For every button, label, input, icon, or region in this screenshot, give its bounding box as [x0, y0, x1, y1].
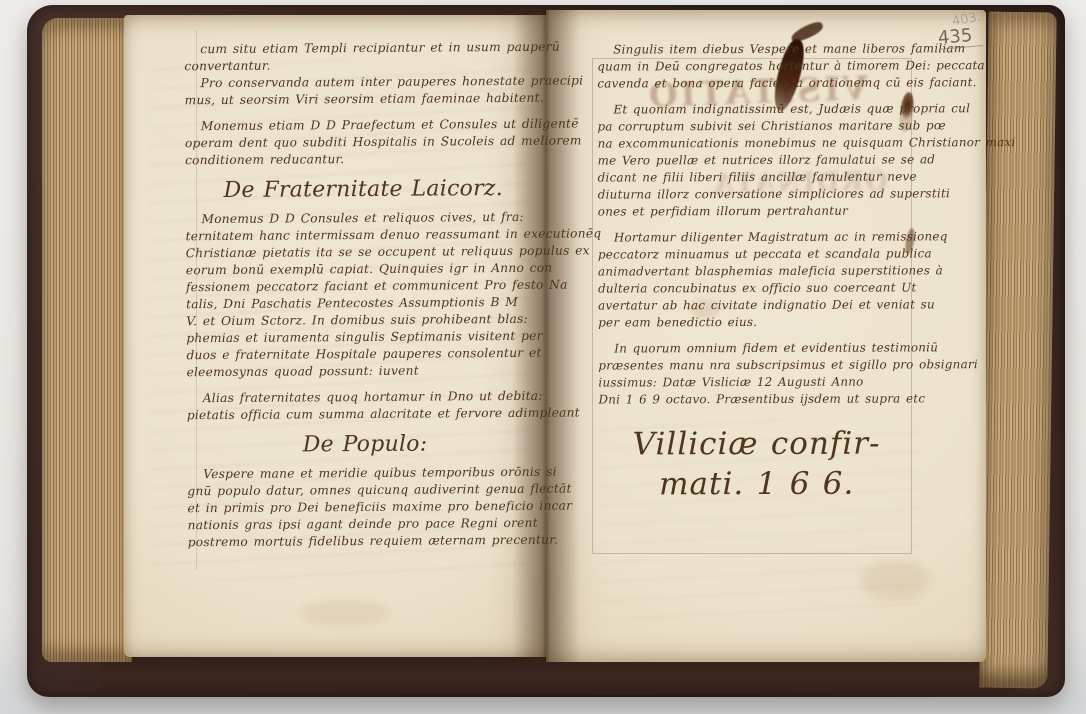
manuscript-line: Hortamur diligenter Magistratum ac in re…	[598, 228, 914, 246]
manuscript-line: mati. 1 6 6.	[599, 463, 915, 504]
manuscript-paragraph: Et quoniam indignatissimū est, Judæis qu…	[597, 100, 913, 220]
manuscript-paragraph: Vespere mane et meridie quibus temporibu…	[187, 464, 544, 551]
manuscript-line: Villiciæ confir-	[599, 423, 915, 464]
manuscript-line: me Vero puellæ et nutrices illorz famula…	[598, 151, 914, 169]
manuscript-line: pietatis officia cum summa alacritate et…	[187, 405, 543, 424]
manuscript-line: dulteria concubinatus ex officio suo coe…	[598, 279, 914, 297]
manuscript-paragraph: In quorum omnium fidem et evidentius tes…	[598, 339, 914, 408]
manuscript-line: præsentes manu nra subscripsimus et sigi…	[598, 356, 914, 374]
manuscript-paragraph: Singulis item diebus Vespere et mane lib…	[597, 40, 913, 92]
corner-page-number: 435	[937, 24, 983, 50]
manuscript-line: Dni 1 6 9 octavo. Præsentibus ijsdem ut …	[598, 390, 914, 408]
manuscript-paragraph: Monemus D D Consules et reliquos cives, …	[185, 209, 542, 381]
manuscript-paragraph: cum situ etiam Templi recipiantur et in …	[184, 39, 540, 75]
manuscript-paragraph: Pro conservanda autem inter pauperes hon…	[184, 73, 540, 109]
manuscript-line: animadvertant blasphemias maleficia supe…	[598, 262, 914, 280]
manuscript-line: Et quoniam indignatissimū est, Judæis qu…	[597, 100, 913, 118]
section-heading: De Fraternitate Laicorz.	[185, 174, 541, 206]
manuscript-line: quam in Deū congregatos hortentur à timo…	[597, 57, 913, 75]
right-page-text-column: Singulis item diebus Vespere et mane lib…	[597, 40, 915, 504]
manuscript-line: dicant ne filii liberi filiis ancillæ fa…	[598, 168, 914, 186]
manuscript-line: De Fraternitate Laicorz.	[185, 174, 541, 206]
manuscript-line: De Populo:	[187, 429, 543, 461]
manuscript-paragraph: Hortamur diligenter Magistratum ac in re…	[598, 228, 914, 331]
manuscript-line: mus, ut seorsim Viri seorsim etiam faemi…	[185, 90, 541, 109]
manuscript-line: In quorum omnium fidem et evidentius tes…	[598, 339, 914, 357]
manuscript-line: postremo mortuis fidelibus requiem ætern…	[188, 532, 544, 551]
closing-display-text: Villiciæ confir-mati. 1 6 6.	[599, 423, 915, 504]
manuscript-line: pa corruptum subivit sei Christianos mar…	[597, 117, 913, 135]
manuscript-paragraph: Alias fraternitates quoq hortamur in Dno…	[187, 388, 543, 424]
left-page-text-column: cum situ etiam Templi recipiantur et in …	[184, 39, 544, 551]
manuscript-line: avertatur ab hac civitate indignatio Dei…	[598, 296, 914, 314]
section-heading: De Populo:	[187, 429, 543, 461]
manuscript-photo: VISITATIO ORDINATA cum situ etiam Templi…	[0, 0, 1086, 714]
manuscript-line: iussimus: Datæ Visliciæ 12 Augusti Anno	[598, 373, 914, 391]
manuscript-paragraph: Monemus etiam D D Praefectum et Consules…	[185, 116, 541, 169]
manuscript-line: ones et perfidiam illorum pertrahantur	[598, 202, 914, 220]
manuscript-line: per eam benedictio eius.	[598, 313, 914, 331]
manuscript-line: diuturna illorz conversatione simplicior…	[598, 185, 914, 203]
manuscript-line: duos e fraternitate Hospitale pauperes c…	[186, 345, 542, 364]
manuscript-line: conditionem reducantur.	[185, 150, 541, 169]
manuscript-line: operam dent quo subditi Hospitalis in Su…	[185, 133, 541, 152]
manuscript-line: cum situ etiam Templi recipiantur et in …	[184, 39, 540, 58]
manuscript-line: eleemosynas quoad possunt: iuvent	[186, 362, 542, 381]
page-edge-stack-left	[42, 18, 132, 662]
manuscript-line: na excommunicationis monebimus ne quisqu…	[598, 134, 914, 152]
manuscript-line: peccatorz minuamus ut peccata et scandal…	[598, 245, 914, 263]
manuscript-line: cavenda et bona opera facienda orationem…	[597, 74, 913, 92]
manuscript-line: Singulis item diebus Vespere et mane lib…	[597, 40, 913, 58]
page-edge-stack-right	[979, 12, 1056, 689]
